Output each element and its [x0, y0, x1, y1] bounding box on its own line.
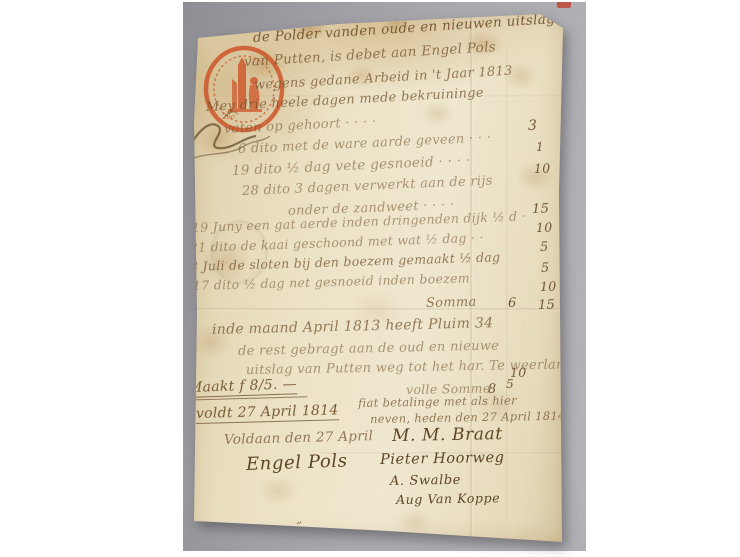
amount-value: 10 — [534, 160, 551, 176]
footer-mark: „ — [296, 512, 303, 526]
header-line: de Polder vanden oude en nieuwen uitslag — [252, 11, 555, 46]
manuscript-paper-wrap: 25c de Polder vanden oude en nieuwen uit… — [188, 12, 566, 544]
amount-value: 3 — [528, 118, 538, 134]
red-edge-mark — [557, 2, 571, 8]
fold-crease-vertical-faint — [506, 52, 509, 520]
amount-value: 5 — [541, 261, 550, 276]
signature: Pieter Hoorweg — [380, 450, 505, 468]
amount-value: 10 — [536, 219, 553, 235]
addendum-line: inde maand April 1813 heeft Pluim 34 — [212, 315, 494, 338]
signature: Engel Pols — [246, 450, 348, 475]
summa-label: Somma — [426, 295, 477, 311]
summa-guilders: 6 — [508, 296, 517, 311]
maakt-line: Maakt f 8/5. — — [188, 376, 297, 398]
amount-value: 1 — [536, 140, 544, 154]
fiat-line: neven, heden den 27 April 1814 — [370, 409, 566, 426]
signature: A. Swalbe — [390, 473, 461, 489]
signature: M. M. Braat — [392, 424, 503, 446]
voldt-line: voldt 27 April 1814 — [196, 402, 339, 424]
total-stuivers: 5 — [506, 377, 514, 391]
fiat-line: fiat betalinge met als hier — [358, 393, 517, 410]
amount-value: 15 — [532, 201, 550, 217]
amount-value: 10 — [540, 278, 557, 294]
photo-backdrop: 25c de Polder vanden oude en nieuwen uit… — [183, 2, 586, 551]
summa-stuivers: 15 — [538, 298, 556, 313]
signature: Aug Van Koppe — [396, 490, 500, 507]
manuscript-paper: 25c de Polder vanden oude en nieuwen uit… — [188, 12, 566, 544]
amount-value: 5 — [540, 240, 549, 255]
voldaan-line: Voldaan den 27 April — [224, 428, 374, 448]
addendum-line: de rest gebragt aan de oud en nieuwe — [238, 339, 500, 359]
entry-line: 28 dito 3 dagen verwerkt aan de rijs — [242, 174, 493, 199]
page: { "meta": { "description": "Photograph o… — [0, 0, 740, 557]
addendum-line: uitslag van Putten weg tot het har. Te w… — [246, 357, 581, 378]
